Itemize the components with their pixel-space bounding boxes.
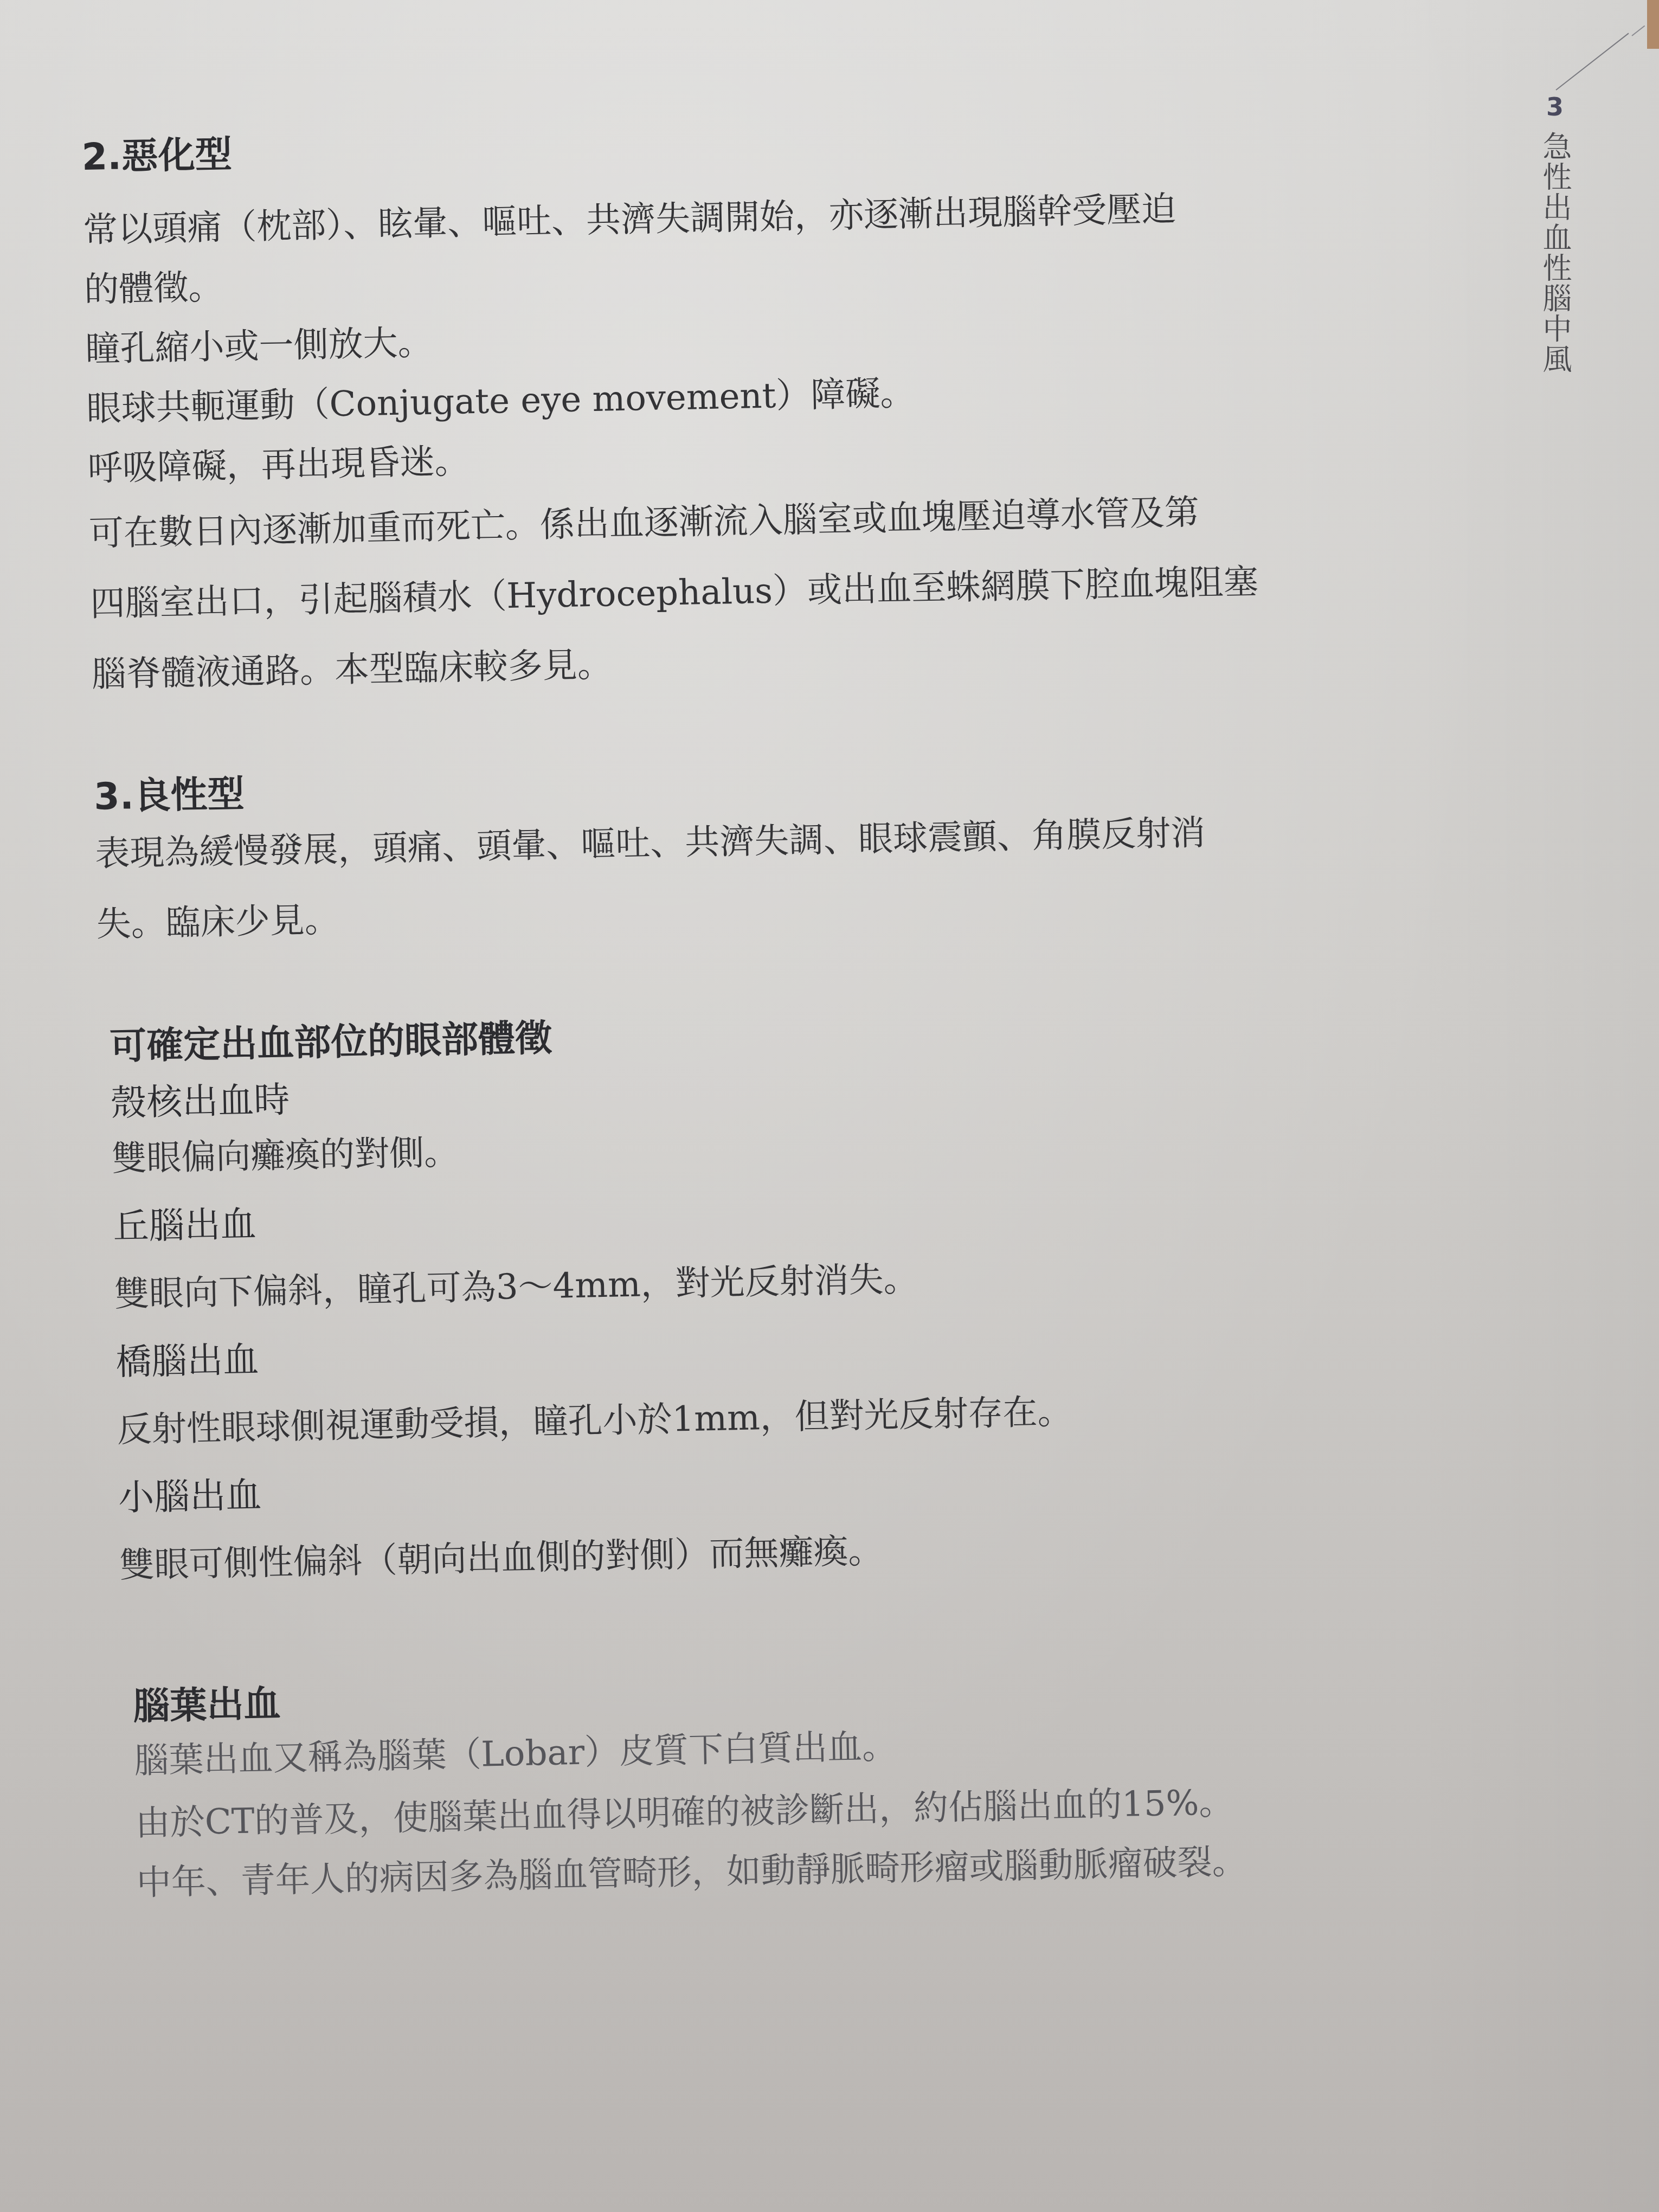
chapter-title: 急性出血性腦中風 (1536, 131, 1573, 374)
decorative-corner-line (1555, 33, 1629, 91)
section-lobar: 腦葉出血 腦葉出血又稱為腦葉（Lobar）皮質下白質出血。 由於CT的普及，使腦… (111, 1658, 1525, 1913)
page-content: 2.惡化型 常以頭痛（枕部）、眩暈、嘔吐、共濟失調開始，亦逐漸出現腦幹受壓迫 的… (81, 108, 1525, 1913)
book-page: 3 急性出血性腦中風 2.惡化型 常以頭痛（枕部）、眩暈、嘔吐、共濟失調開始，亦… (0, 0, 1659, 2212)
ocular-sign-item: 丘腦出血 雙眼向下偏斜，瞳孔可為3～4mm，對光反射消失。 (112, 1165, 1513, 1327)
running-header: 3 急性出血性腦中風 (1533, 92, 1577, 376)
decorative-corner-line-short (1631, 25, 1645, 36)
ocular-sign-item: 橋腦出血 反射性眼球側視運動受損，瞳孔小於1mm，但對光反射存在。 (115, 1300, 1516, 1462)
page-edge-background (1647, 0, 1659, 49)
ocular-sign-item: 小腦出血 雙眼可側性偏斜（朝向出血側的對側）而無癱瘓。 (118, 1436, 1519, 1598)
chapter-number: 3 (1533, 92, 1577, 121)
section-deteriorating: 2.惡化型 常以頭痛（枕部）、眩暈、嘔吐、共濟失調開始，亦逐漸出現腦幹受壓迫 的… (81, 108, 1502, 710)
section-benign: 3.良性型 表現為緩慢發展，頭痛、頭暈、嘔吐、共濟失調、眼球震顫、角膜反射消 失… (94, 748, 1507, 960)
section-ocular-signs: 可確定出血部位的眼部體徵 殼核出血時 雙眼偏向癱瘓的對側。 丘腦出血 雙眼向下偏… (99, 998, 1519, 1598)
